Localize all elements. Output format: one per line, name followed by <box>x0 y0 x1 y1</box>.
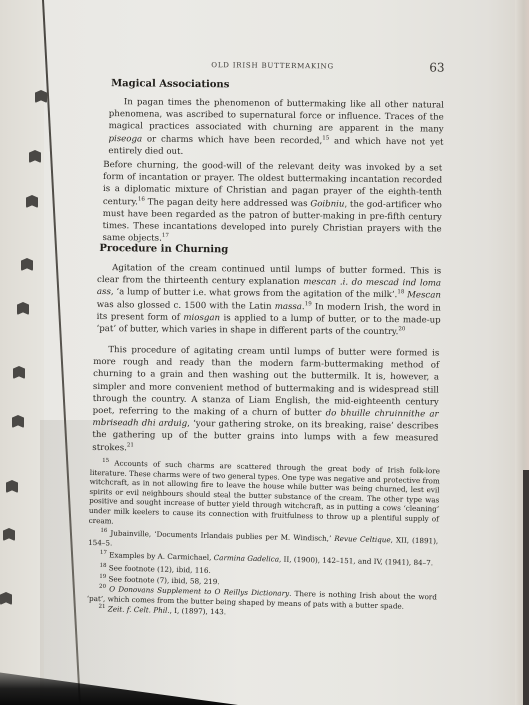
footnote-number: 15 <box>102 458 109 464</box>
section-heading-magical-associations: Magical Associations <box>111 78 229 90</box>
section-heading-procedure-in-churning: Procedure in Churning <box>99 243 228 255</box>
footnote-number: 19 <box>99 573 106 579</box>
footnote-ref: 20 <box>398 326 405 332</box>
footnote-number: 18 <box>99 563 106 569</box>
footnote-text: , I, (1897), 143. <box>170 606 227 616</box>
italic-term: Goibniu <box>310 199 344 209</box>
footnote-15: 15 Accounts of such charms are scattered… <box>89 458 441 534</box>
footnote-number: 21 <box>98 604 105 610</box>
italic-term: miosgan <box>183 313 220 323</box>
text: , ‘a lump of butter i.e. what grows from… <box>111 288 398 301</box>
paragraph: In pagan times the phenomenon of butterm… <box>108 96 444 161</box>
italic-term: massa <box>275 301 302 311</box>
footnote-ref: 21 <box>127 442 134 448</box>
text: or charms which have been recorded, <box>142 134 322 146</box>
running-head: OLD IRISH BUTTERMAKING <box>211 61 334 70</box>
footnotes: 15 Accounts of such charms are scattered… <box>86 458 440 623</box>
footnote-number: 17 <box>100 550 107 556</box>
footnote-title: Carmina Gadelica <box>214 553 280 564</box>
book-page-photo: OLD IRISH BUTTERMAKING 63 Magical Associ… <box>0 0 529 705</box>
italic-term: piseoga <box>108 134 142 144</box>
footnote-text: See footnote (12), ibid, 116. <box>109 563 211 574</box>
paragraph: Agitation of the cream continued until l… <box>96 262 441 339</box>
footnote-ref: 15 <box>322 135 329 141</box>
text: In pagan times the phenomenon of butterm… <box>109 97 444 135</box>
footnote-text: , II, (1900), 142–151, and IV, (1941), 8… <box>279 555 433 568</box>
footnote-text: Accounts of such charms are scattered th… <box>89 459 441 526</box>
footnote-number: 16 <box>100 528 107 534</box>
footnote-ref: 16 <box>138 196 145 202</box>
footnote-text: Jubainville, ‘Documents Irlandais publie… <box>110 529 334 543</box>
text: The pagan deity here addressed was <box>145 197 311 209</box>
footnote-title: Revue Celtique <box>334 534 391 544</box>
footnote-number: 20 <box>99 584 106 590</box>
paragraph: This procedure of agitating cream until … <box>92 344 439 457</box>
footnote-ref: 17 <box>162 233 169 239</box>
paragraph: Before churning, the good-will of the re… <box>102 159 442 248</box>
page-content: OLD IRISH BUTTERMAKING 63 Magical Associ… <box>100 0 445 4</box>
footnote-text: Examples by A. Carmichael, <box>109 551 214 563</box>
footnote-title: Zeit. f. Celt. Phil. <box>108 605 170 616</box>
page-number: 63 <box>429 60 444 74</box>
text: was also glossed c. 1500 with the Latin <box>97 300 275 312</box>
italic-term: Mescan <box>407 291 441 301</box>
text: This procedure of agitating cream until … <box>93 345 440 418</box>
background-edge <box>523 470 529 705</box>
